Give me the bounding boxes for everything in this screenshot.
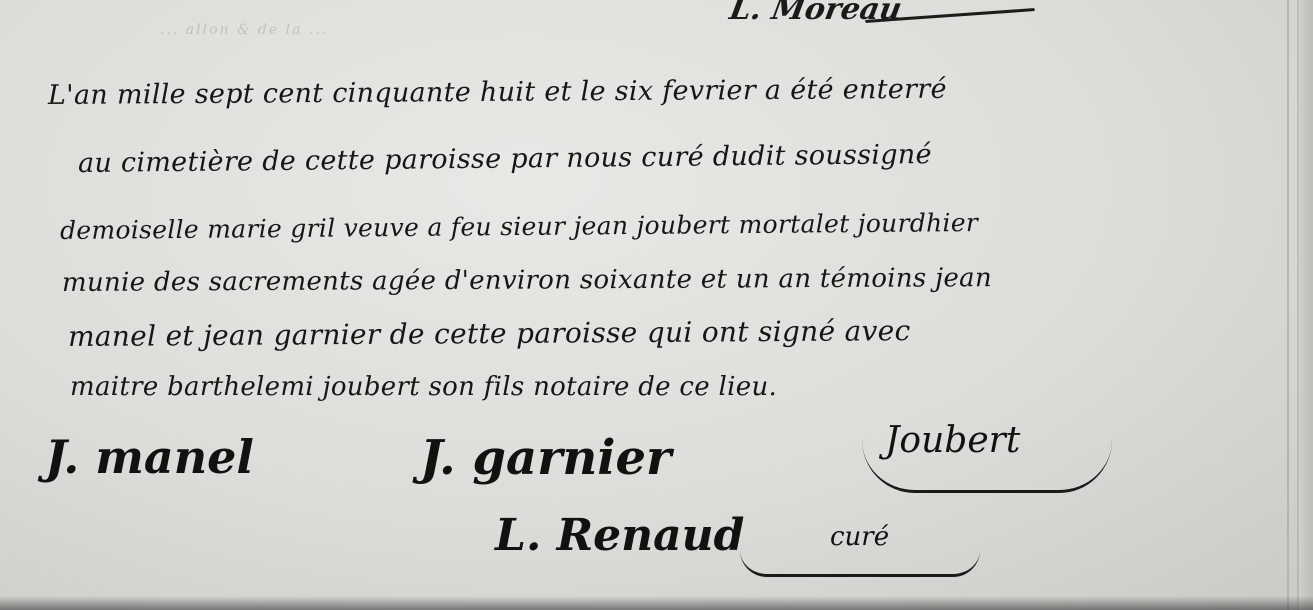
record-line-4: munie des sacrements agée d'environ soix…	[62, 263, 992, 298]
bleed-through-fragment: ... allon & de la ...	[160, 22, 328, 38]
bleed-through-text: ... allon & de la ...	[0, 0, 660, 60]
record-line-3: demoiselle marie gril veuve a feu sieur …	[60, 208, 978, 245]
page-bottom-edge	[0, 596, 1313, 610]
top-signature-fragment: L. Moreau	[727, 0, 905, 27]
signature-manel: J. manel	[45, 430, 254, 484]
record-line-6: maitre barthelemi joubert son fils notai…	[70, 372, 777, 402]
signature-flourish	[740, 550, 980, 577]
document-page: ... allon & de la ... L. Moreau L'an mil…	[0, 0, 1313, 610]
record-line-1: L'an mille sept cent cinquante huit et l…	[48, 74, 947, 111]
page-edge	[1299, 0, 1313, 610]
record-line-2: au cimetière de cette paroisse par nous …	[78, 139, 932, 179]
signature-flourish	[862, 440, 1112, 493]
signature-title-cure: curé	[830, 522, 889, 552]
record-line-5: manel et jean garnier de cette paroisse …	[68, 314, 911, 353]
margin-rule	[1287, 0, 1289, 610]
signature-renaud: L. Renaud	[495, 510, 744, 561]
signature-garnier: J. garnier	[420, 430, 671, 486]
